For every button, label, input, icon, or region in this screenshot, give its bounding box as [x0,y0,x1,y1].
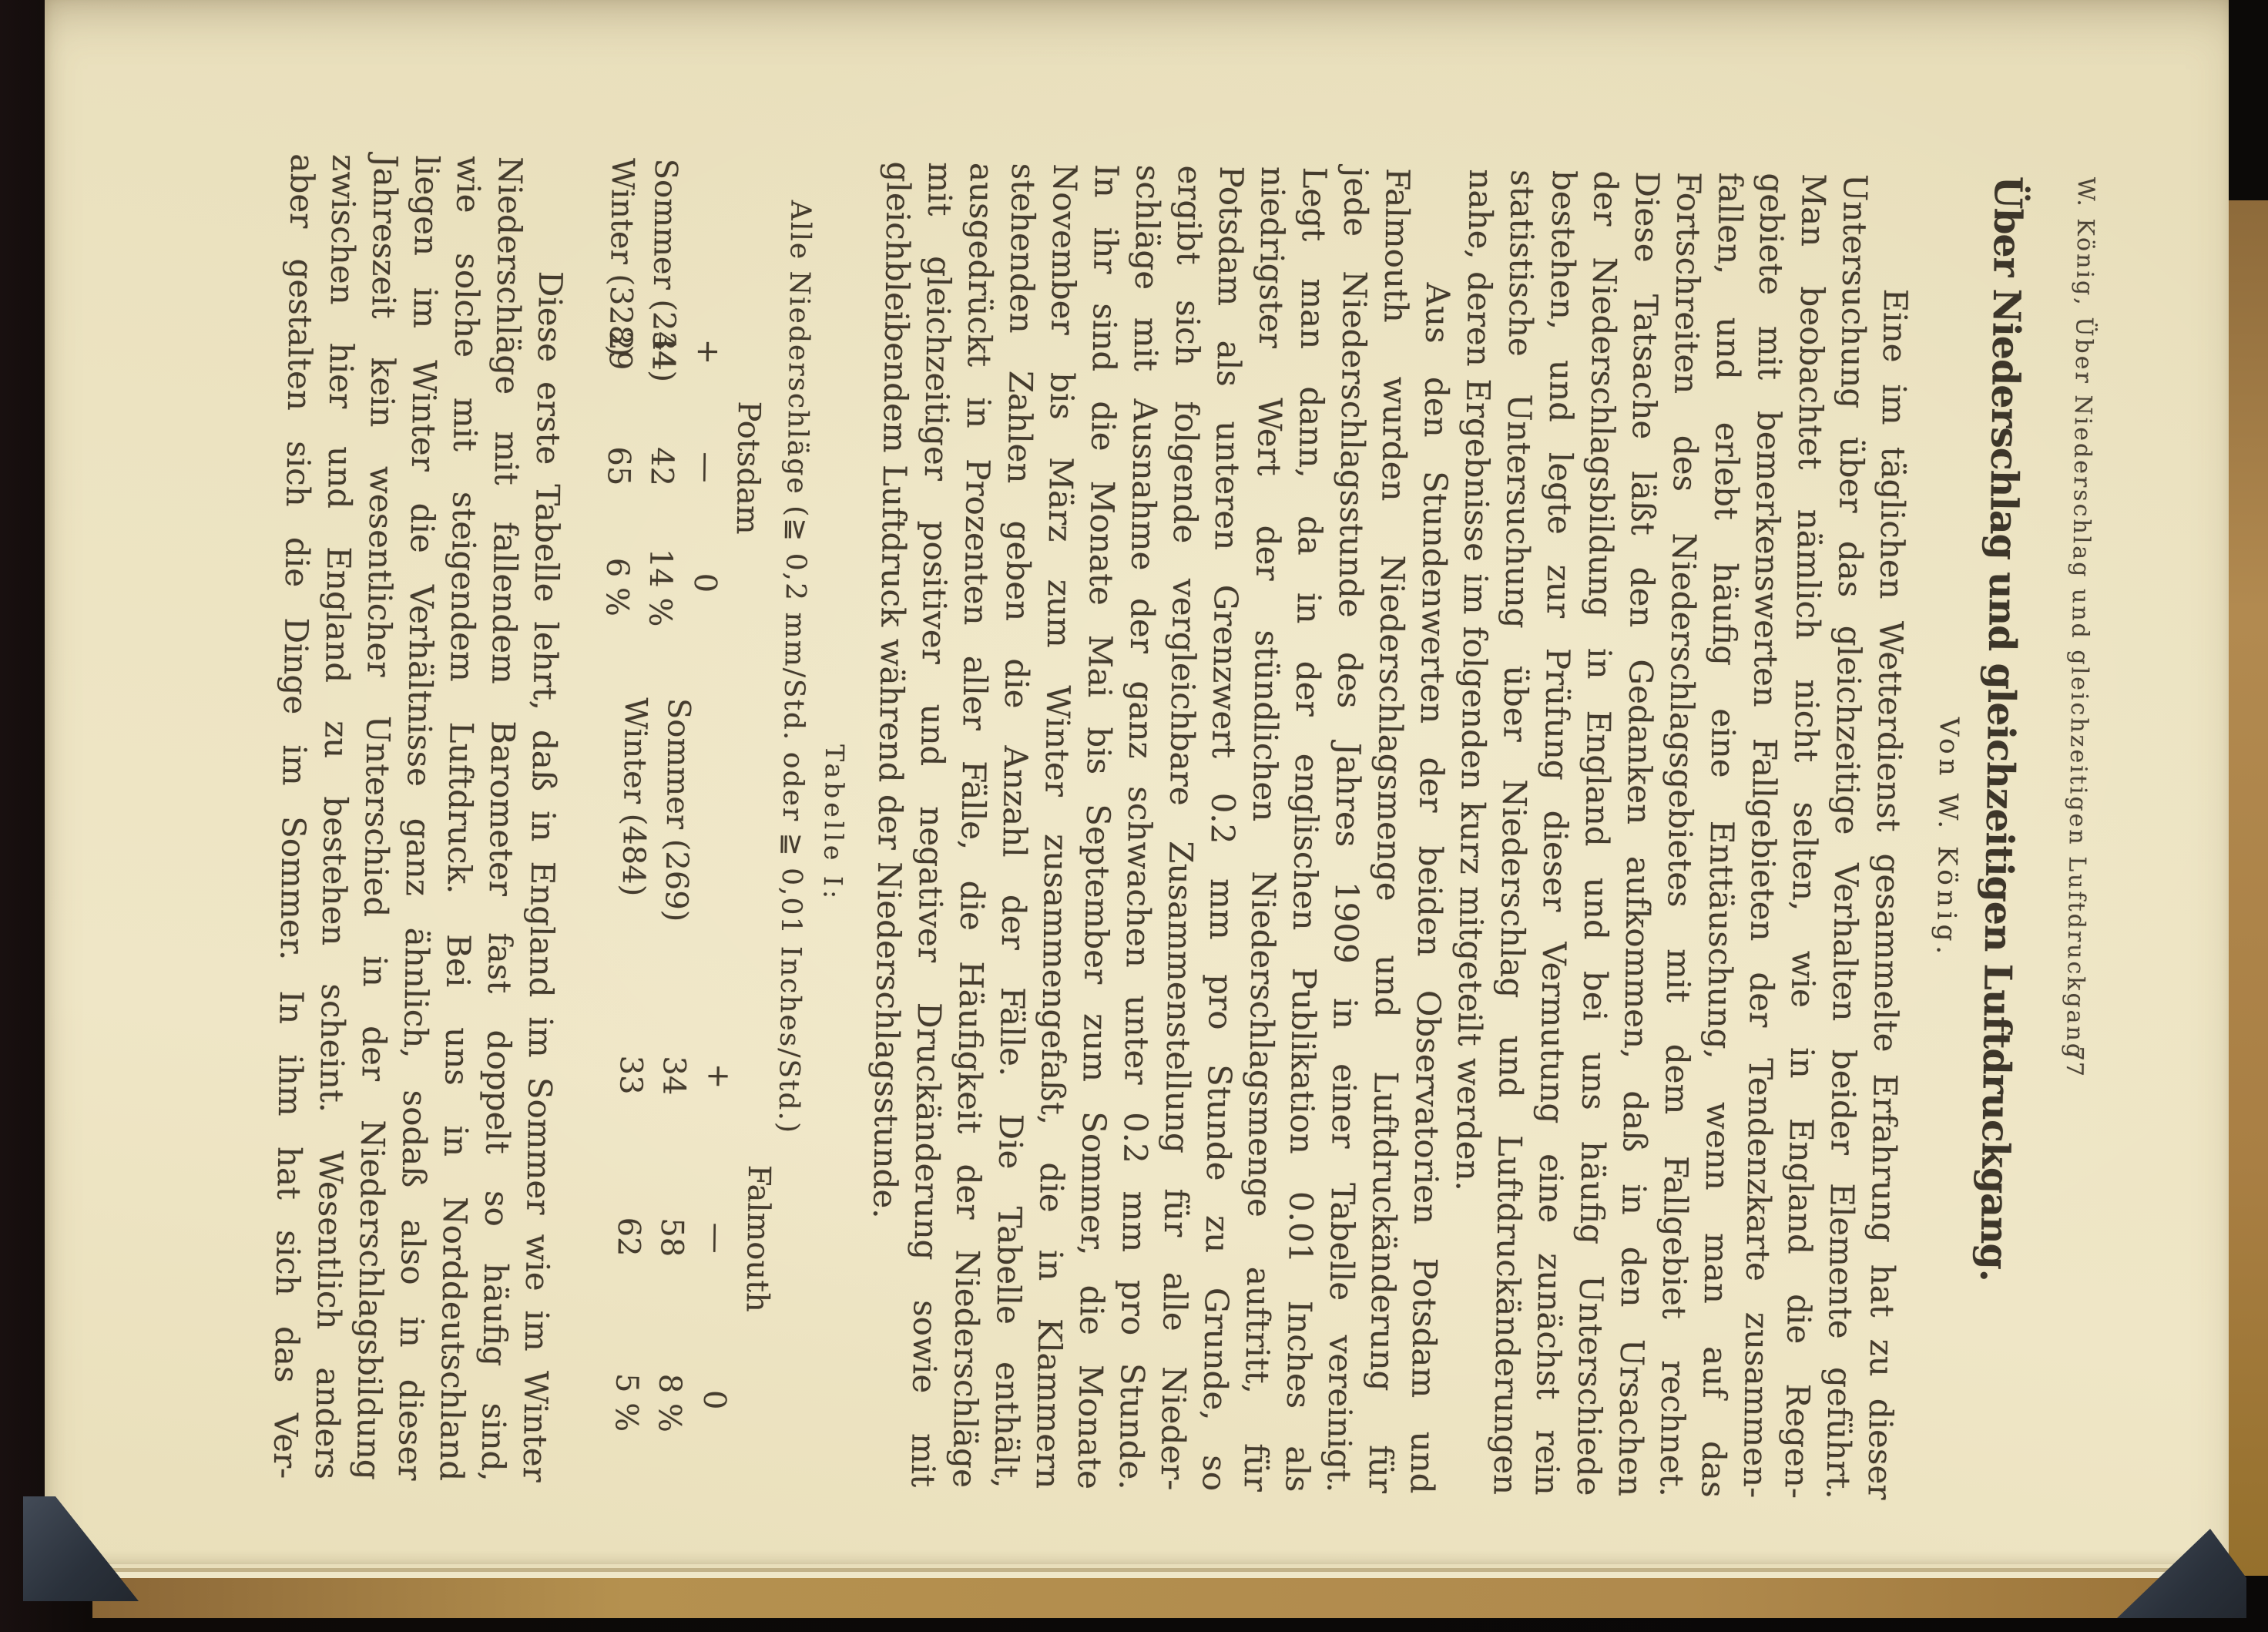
cell: 8 % [652,1373,688,1432]
table-heading: Tabelle I: [810,160,858,1486]
column-header-zero: 0 [696,1390,732,1410]
row-label: Winter (484) [616,697,653,897]
column-header-plus: + [700,1063,736,1090]
book-page-rotated: W. König, Über Niederschlag und gleichze… [45,0,2229,1564]
paragraph-3: Diese erste Tabelle lehrt, daß in Englan… [264,153,572,1483]
cell: 33 [612,1055,649,1095]
cell: 42 [644,447,680,487]
column-header-zero: 0 [687,573,723,593]
cell: 29 [602,331,639,371]
cell: 34 [656,1056,692,1096]
running-head-text: W. König, Über Niederschlag und gleichze… [2061,177,2099,1061]
cell: 62 [611,1217,647,1257]
cell: 6 % [599,557,635,616]
cell: 65 [601,446,637,486]
table-caption: Alle Niederschläge (≧ 0,2 mm/Std. oder ≧… [768,160,817,1486]
table-i: Potsdam + — 0 Sommer (234) 44 42 14 % Wi… [577,157,770,1485]
cell: 14 % [642,548,678,626]
row-label: Winter (328) [602,158,640,358]
book-cover-board-edge-bottom [92,1578,2219,1618]
page-content: W. König, Über Niederschlag und gleichze… [264,153,2099,1503]
column-header-minus: — [689,452,725,483]
page-number: 77 [2061,1046,2089,1077]
table-station-header: Potsdam [730,401,767,535]
column-header-plus: + [690,338,726,364]
scanned-book-photo: W. König, Über Niederschlag und gleichze… [0,0,2268,1632]
byline: Von W. König. [1924,175,1972,1500]
paragraph-1: Eine im täglichen Wetterdienst gesammelt… [1443,169,1917,1500]
running-head: W. König, Über Niederschlag und gleichze… [2048,176,2099,1502]
column-header-minus: — [699,1222,735,1254]
cell: 44 [646,331,682,371]
page-paper: W. König, Über Niederschlag und gleichze… [45,0,2229,1564]
row-label: Sommer (269) [658,698,696,922]
paragraph-2: Aus den Stundenwerten der beiden Observa… [861,161,1460,1494]
table-station-header: Falmouth [740,1164,777,1312]
cell: 5 % [609,1373,645,1432]
article-title: Über Niederschlag und gleichzeitigen Luf… [1968,176,2031,1502]
cell: 58 [654,1217,690,1258]
